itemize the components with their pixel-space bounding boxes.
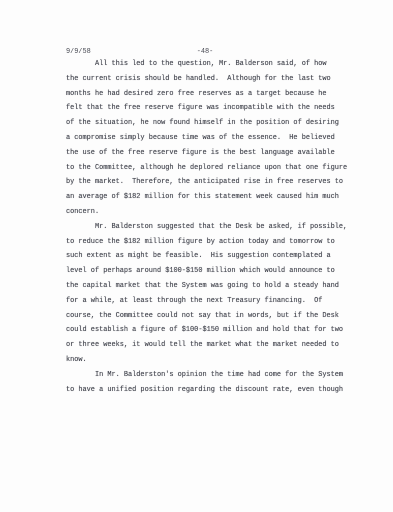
text-line: or three weeks, it would tell the market…	[66, 338, 366, 353]
text-line: Mr. Balderston suggested that the Desk b…	[66, 220, 366, 235]
text-line: All this led to the question, Mr. Balder…	[66, 57, 366, 72]
text-line: a compromise simply because time was of …	[66, 131, 366, 146]
text-line: could establish a figure of $100-$150 mi…	[66, 323, 366, 338]
text-line: concern.	[66, 205, 366, 220]
text-line: felt that the free reserve figure was in…	[66, 101, 366, 116]
text-line: to have a unified position regarding the…	[66, 383, 366, 398]
scanned-document-page: 9/9/58 -48- All this led to the question…	[0, 0, 393, 512]
text-line: by the market. Therefore, the anticipate…	[66, 175, 366, 190]
text-line: of the situation, he now found himself i…	[66, 116, 366, 131]
text-line: level of perhaps around $100-$150 millio…	[66, 264, 366, 279]
text-line: the current crisis should be handled. Al…	[66, 72, 366, 87]
paragraph: In Mr. Balderston's opinion the time had…	[66, 368, 366, 398]
text-line: to the Committee, although he deplored r…	[66, 161, 366, 176]
text-line: know.	[66, 353, 366, 368]
text-line: an average of $182 million for this stat…	[66, 190, 366, 205]
text-line: to reduce the $182 million figure by act…	[66, 235, 366, 250]
text-line: In Mr. Balderston's opinion the time had…	[66, 368, 366, 383]
text-line: such extent as might be feasible. His su…	[66, 249, 366, 264]
text-line: the capital market that the System was g…	[66, 279, 366, 294]
paragraph: Mr. Balderston suggested that the Desk b…	[66, 220, 366, 368]
paragraph: All this led to the question, Mr. Balder…	[66, 57, 366, 220]
document-body: All this led to the question, Mr. Balder…	[66, 57, 366, 397]
text-line: for a while, at least through the next T…	[66, 294, 366, 309]
scan-layer: 9/9/58 -48- All this led to the question…	[0, 0, 393, 512]
text-line: the use of the free reserve figure is th…	[66, 146, 366, 161]
text-line: course, the Committee could not say that…	[66, 309, 366, 324]
text-line: months he had desired zero free reserves…	[66, 87, 366, 102]
